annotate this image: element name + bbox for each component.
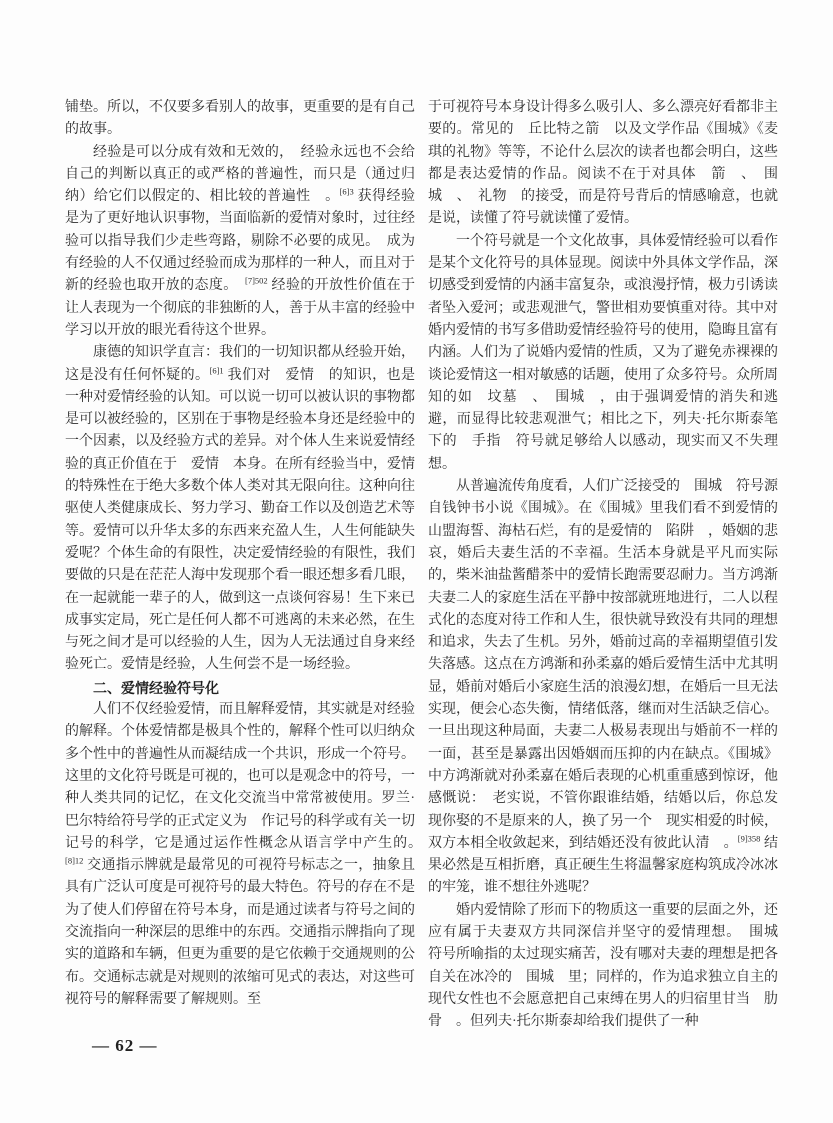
- text-run: 从普遍流传角度看，人们广泛接受的 围城 符号源自钱钟书小说《围城》。在《围城》里…: [428, 479, 778, 851]
- left-column: 铺垫。所以，不仅要多看别人的故事，更重要的是有自己的故事。经验是可以分成有效和无…: [65, 97, 415, 1033]
- text-run: 婚内爱情除了形而下的物质这一重要的层面之外，还应有属于夫妻双方共同深信并坚守的爱…: [428, 903, 792, 1029]
- paragraph: 经验是可以分成有效和无效的， 经验永远也不会给自己的判断以真正的或严格的普遍性，…: [65, 142, 415, 343]
- paragraph: 铺垫。所以，不仅要多看别人的故事，更重要的是有自己的故事。: [65, 97, 415, 142]
- paragraph: 康德的知识学直言：我们的一切知识都从经验开始，这是没有任何怀疑的。[6]1 我们…: [65, 342, 415, 676]
- section-heading: 二、爱情经验符号化: [65, 677, 415, 699]
- text-run: 交通指示牌就是最常见的可视符号标志之一，抽象且具有广泛认可度是可视符号的最大特色…: [65, 858, 415, 1007]
- text-run: 我们对 爱情 的知识，也是一种对爱情经验的认知。可以说一切可以被认识的事物都是可…: [65, 368, 415, 673]
- citation-ref: [7]502: [245, 276, 268, 286]
- citation-ref: [6]1: [210, 365, 224, 375]
- right-column: 于可视符号本身设计得多么吸引人、多么漂亮好看都非主要的。常见的 丘比特之箭 以及…: [428, 97, 778, 1033]
- paragraph: 于可视符号本身设计得多么吸引人、多么漂亮好看都非主要的。常见的 丘比特之箭 以及…: [428, 97, 778, 231]
- article-body: 铺垫。所以，不仅要多看别人的故事，更重要的是有自己的故事。经验是可以分成有效和无…: [65, 97, 778, 1033]
- text-run: 二、爱情经验符号化: [93, 680, 219, 696]
- document-page: 铺垫。所以，不仅要多看别人的故事，更重要的是有自己的故事。经验是可以分成有效和无…: [0, 0, 833, 1123]
- page-number: — 62 —: [92, 1036, 158, 1056]
- text-run: 人们不仅经验爱情，而且解释爱情，其实就是对经验的解释。个体爱情都是极具个性的，解…: [65, 702, 429, 851]
- text-run: 一个符号就是一个文化故事，具体爱情经验可以看作是某个文化符号的具体显现。阅读中外…: [428, 234, 778, 472]
- paragraph: 从普遍流传角度看，人们广泛接受的 围城 符号源自钱钟书小说《围城》。在《围城》里…: [428, 476, 778, 900]
- citation-ref: [8]12: [65, 855, 83, 865]
- text-run: 于可视符号本身设计得多么吸引人、多么漂亮好看都非主要的。常见的 丘比特之箭 以及…: [428, 100, 778, 226]
- text-run: 铺垫。所以，不仅要多看别人的故事，更重要的是有自己的故事。: [65, 100, 415, 137]
- citation-ref: [9]358: [738, 833, 761, 843]
- paragraph: 一个符号就是一个文化故事，具体爱情经验可以看作是某个文化符号的具体显现。阅读中外…: [428, 231, 778, 476]
- paragraph: 人们不仅经验爱情，而且解释爱情，其实就是对经验的解释。个体爱情都是极具个性的，解…: [65, 699, 415, 1011]
- citation-ref: [6]3: [340, 187, 354, 197]
- paragraph: 婚内爱情除了形而下的物质这一重要的层面之外，还应有属于夫妻双方共同深信并坚守的爱…: [428, 900, 778, 1034]
